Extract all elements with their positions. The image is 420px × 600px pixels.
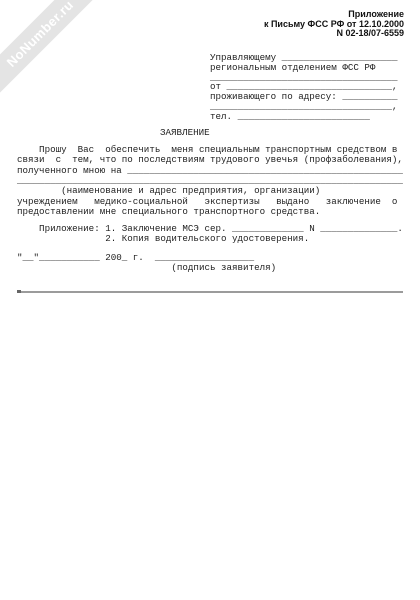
request-paragraph: Прошу Вас обеспечить меня специальным тр… bbox=[17, 145, 403, 196]
document-title: ЗАЯВЛЕНИЕ bbox=[160, 128, 210, 138]
bottom-divider bbox=[17, 291, 403, 293]
doc-line: предоставлении мне специального транспор… bbox=[17, 207, 397, 217]
doc-line: (наименование и адрес предприятия, орган… bbox=[17, 186, 403, 196]
doc-line: N 02-18/07-6559 bbox=[264, 29, 404, 39]
document-page: { "watermark": { "text": "NoNumber.ru", … bbox=[0, 0, 420, 600]
addressee-block: Управляющему _____________________регион… bbox=[210, 53, 397, 122]
doc-line: 2. Копия водительского удостоверения. bbox=[17, 234, 403, 244]
attachments-list: Приложение: 1. Заключение МСЭ сер. _____… bbox=[17, 224, 403, 244]
expertise-paragraph: учреждением медико-социальной экспертизы… bbox=[17, 197, 397, 217]
doc-line: (подпись заявителя) bbox=[17, 263, 276, 273]
watermark-ribbon: NoNumber.ru bbox=[0, 0, 107, 100]
document-header-reference: Приложениек Письму ФСС РФ от 12.10.2000N… bbox=[264, 10, 404, 39]
date-signature-block: "__"___________ 200_ г. ________________… bbox=[17, 253, 276, 273]
doc-line: тел. ________________________ bbox=[210, 112, 397, 122]
